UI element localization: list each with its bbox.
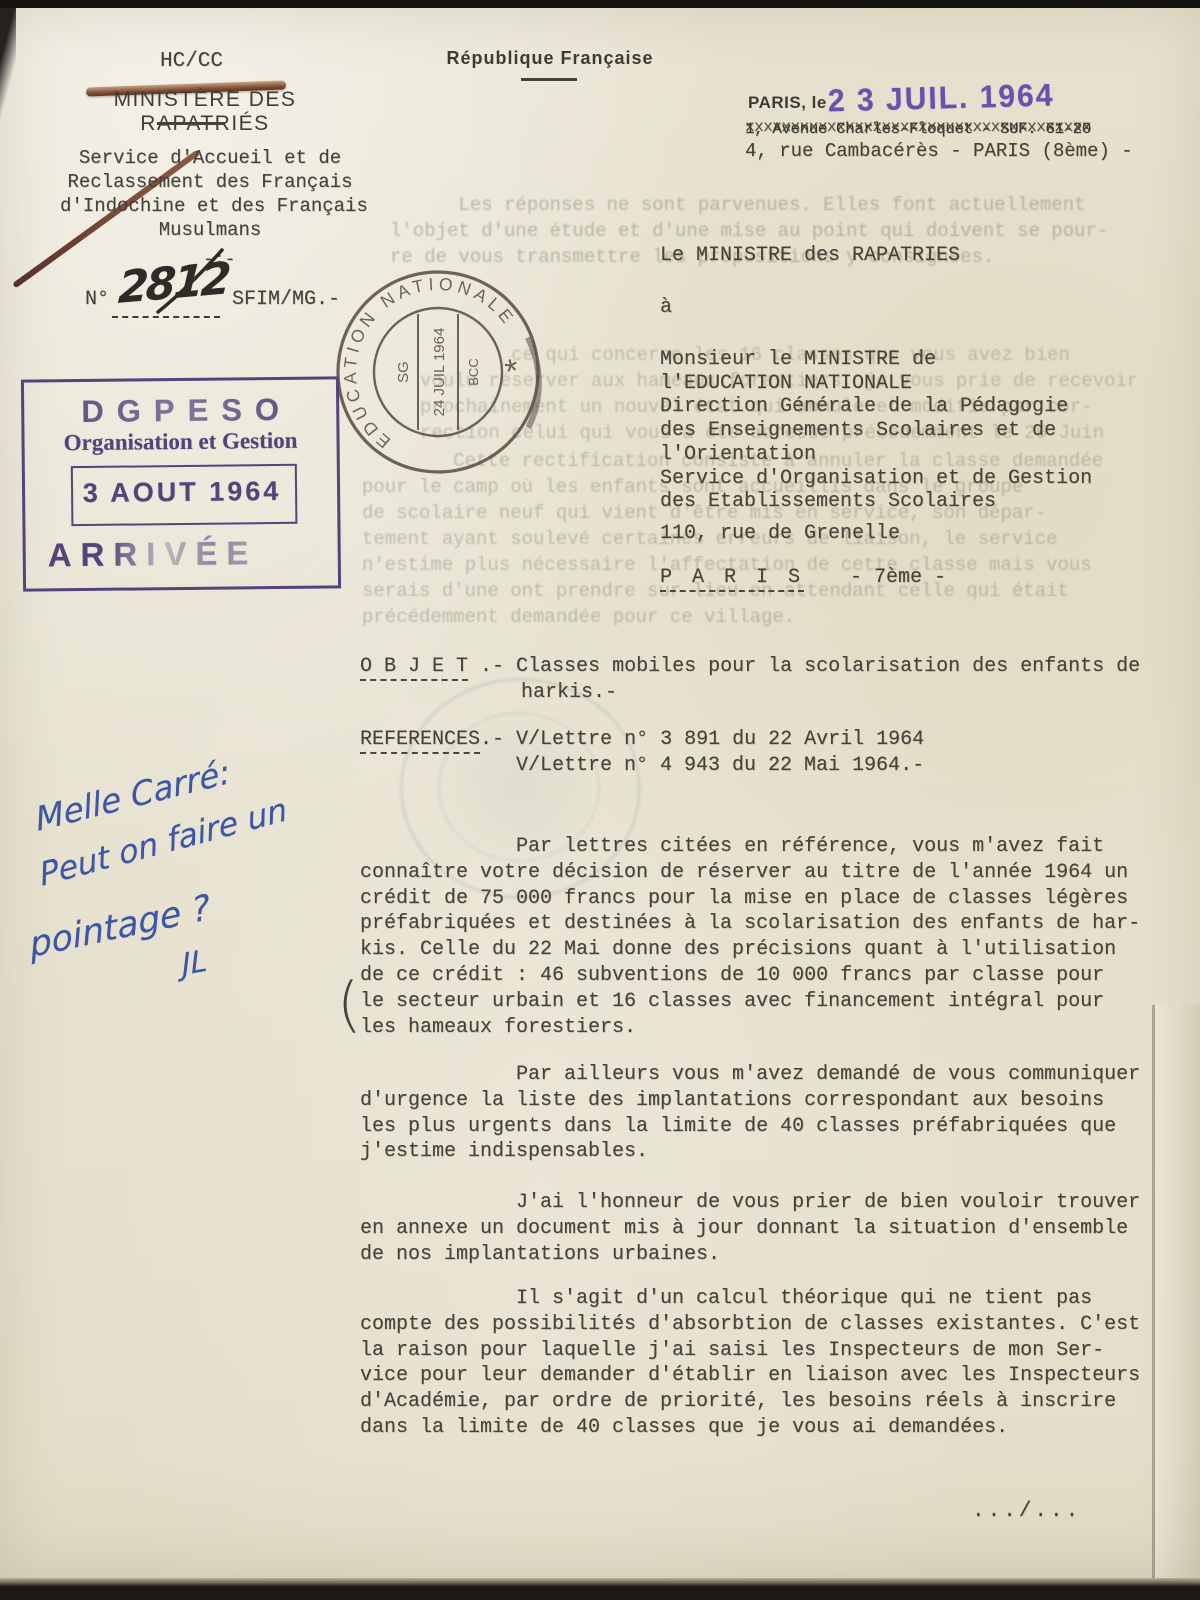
scan-edge-corner — [0, 8, 16, 138]
sender-line: Le MINISTRE des RAPATRIES — [660, 244, 960, 267]
paper-bottom-edge — [0, 1578, 1200, 1586]
recipient-city: P A R I S — [660, 566, 804, 592]
margin-paren-mark: ( — [335, 969, 362, 1040]
continuation-marker: .../... — [972, 1500, 1081, 1523]
dateline-place: PARIS, le — [748, 93, 827, 113]
ministry-underline — [157, 122, 225, 125]
references-line2: V/Lettre n° 4 943 du 22 Mai 1964.- — [516, 754, 924, 777]
recipient-street: 110, rue de Grenelle — [660, 522, 900, 545]
arrival-status: ARRIVÉE — [48, 534, 258, 574]
sheet-fold-shade — [1155, 1005, 1200, 1582]
paragraph-1: Par lettres citées en référence, vous m'… — [360, 834, 1140, 1040]
numero-handwritten: 2812 — [117, 253, 230, 314]
references-label: REFERENCES — [360, 728, 480, 754]
arrival-dept: Organisation et Gestion — [24, 427, 336, 456]
numero-underline — [112, 316, 220, 318]
subject-label: O B J E T — [360, 655, 468, 681]
reference-code: HC/CC — [160, 50, 223, 73]
paragraph-2: Par ailleurs vous m'avez demandé de vous… — [360, 1062, 1140, 1165]
stamp-date: 24 JUIL 1964 — [431, 328, 448, 417]
recipient-district: - 7ème - — [850, 566, 946, 589]
republic-heading: République Française — [430, 48, 670, 69]
subject-line2: harkis.- — [521, 681, 617, 704]
subject-sep: .- — [468, 655, 516, 678]
paragraph-3: J'ai l'honneur de vous prier de bien vou… — [360, 1190, 1140, 1267]
arrival-org: DGPESO — [24, 391, 336, 430]
arrival-stamp: DGPESO Organisation et Gestion 3 AOUT 19… — [21, 376, 341, 591]
subject-line: O B J E T .- Classes mobiles pour la sco… — [360, 655, 1140, 678]
references-line: REFERENCES.- V/Lettre n° 3 891 du 22 Avr… — [360, 728, 924, 751]
handwritten-note-initials: JL — [181, 944, 209, 984]
stamp-bcc: BCC — [466, 358, 481, 385]
scan-bottom-strip — [0, 1586, 1200, 1600]
education-nationale-stamp: EDUCATION NATIONALE * 24 JUIL 1964 SG BC… — [308, 242, 569, 503]
date-stamp: 2 3 JUIL. 1964 — [828, 78, 1055, 120]
stamp-star: * — [502, 352, 523, 392]
ministry-title: MINISTÈRE DES RAPATRIÉS — [60, 88, 350, 136]
strikeout-xs: xxxxxxxxxxxxxxxxxxxxxxxxxxxxxxxxxxxxxx — [745, 118, 1091, 136]
scanned-letter: Les réponses ne sont parvenues. Elles fo… — [0, 0, 1200, 1600]
references-text1: V/Lettre n° 3 891 du 22 Avril 1964 — [516, 728, 924, 751]
arrival-date: 3 AOUT 1964 — [71, 476, 293, 509]
recipient-city-line: P A R I S- 7ème - — [660, 566, 946, 589]
recipient-address: Monsieur le MINISTRE de l'EDUCATION NATI… — [660, 348, 1092, 514]
sender-address: 4, rue Cambacérès - PARIS (8ème) - — [745, 140, 1133, 162]
stamp-sg: SG — [395, 361, 412, 383]
to-label: à — [660, 296, 672, 319]
paragraph-4: Il s'agit d'un calcul théorique qui ne t… — [360, 1286, 1140, 1441]
service-block: Service d'Accueil et de Reclassement des… — [60, 146, 360, 242]
references-sep: .- — [480, 728, 516, 751]
republic-underline — [521, 78, 577, 81]
numero-label: N° — [85, 288, 109, 311]
subject-text: Classes mobiles pour la scolarisation de… — [516, 655, 1140, 678]
